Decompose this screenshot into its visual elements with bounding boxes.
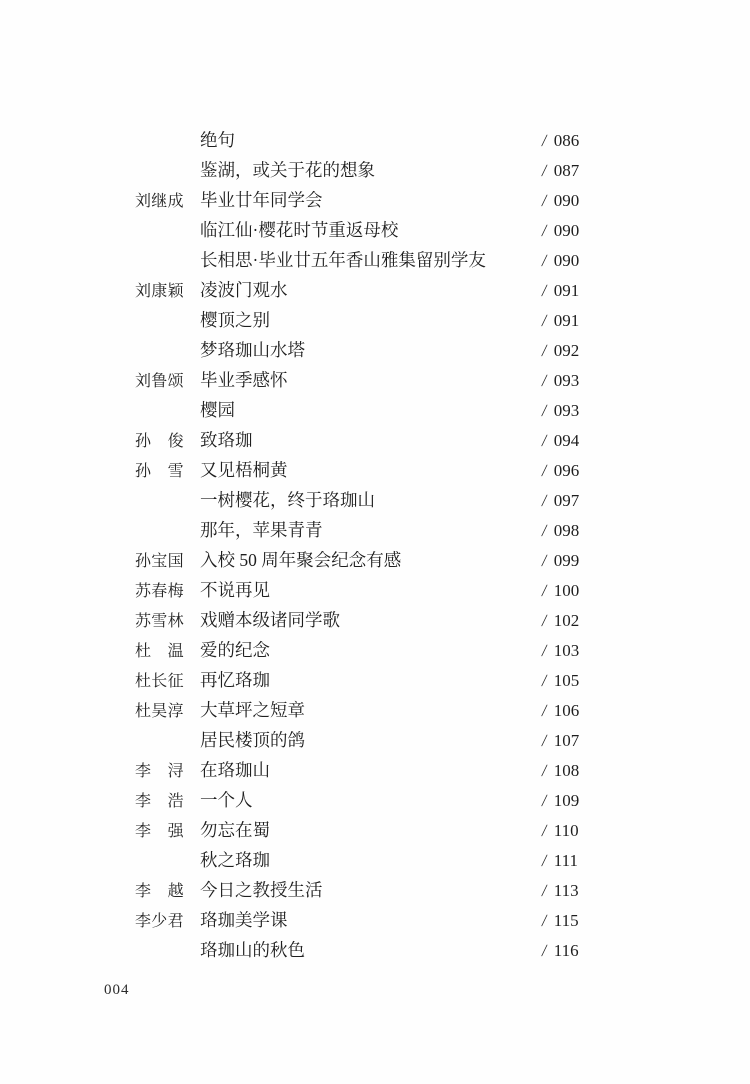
toc-author: 刘康颖 xyxy=(135,277,200,307)
slash-separator: / xyxy=(540,816,549,846)
page-number-value: 107 xyxy=(554,731,580,750)
toc-entry: 苏雪林戏赠本级诸同学歌/102 xyxy=(135,605,622,635)
page-number-value: 115 xyxy=(554,911,579,930)
toc-title: 勿忘在蜀 xyxy=(200,815,542,845)
page-number-value: 103 xyxy=(554,641,580,660)
toc-entry: 临江仙·樱花时节重返母校/090 xyxy=(135,215,622,245)
toc-title: 秋之珞珈 xyxy=(200,845,542,875)
page-number-value: 100 xyxy=(554,581,580,600)
toc-entry: 苏春梅不说再见/100 xyxy=(135,575,622,605)
page-number-value: 106 xyxy=(554,701,580,720)
toc-title: 在珞珈山 xyxy=(200,755,542,785)
toc-page-number: /106 xyxy=(542,696,622,726)
toc-entry: 孙宝国入校 50 周年聚会纪念有感/099 xyxy=(135,545,622,575)
toc-page-number: /115 xyxy=(542,906,622,936)
page-number-value: 090 xyxy=(554,221,580,240)
footer-page-number: 004 xyxy=(104,982,130,999)
slash-separator: / xyxy=(540,486,549,516)
toc-title: 凌波门观水 xyxy=(200,275,542,305)
page-number-value: 097 xyxy=(554,491,580,510)
toc-title: 今日之教授生活 xyxy=(200,875,542,905)
toc-entry: 刘鲁颂毕业季感怀/093 xyxy=(135,365,622,395)
toc-page-number: /091 xyxy=(542,276,622,306)
slash-separator: / xyxy=(540,696,549,726)
toc-entry: 孙 雪又见梧桐黄/096 xyxy=(135,455,622,485)
page-number-value: 091 xyxy=(554,281,580,300)
page-number-value: 086 xyxy=(554,131,580,150)
toc-author: 刘继成 xyxy=(135,187,200,217)
toc-title: 再忆珞珈 xyxy=(200,665,542,695)
page-number-value: 113 xyxy=(554,881,579,900)
toc-page-number: /087 xyxy=(542,156,622,186)
slash-separator: / xyxy=(540,216,549,246)
toc-title: 绝句 xyxy=(200,125,542,155)
toc-page-number: /092 xyxy=(542,336,622,366)
toc-title: 毕业廿年同学会 xyxy=(200,185,542,215)
toc-entry: 长相思·毕业廿五年香山雅集留别学友/090 xyxy=(135,245,622,275)
toc-author: 李 越 xyxy=(135,877,200,907)
toc-title: 致珞珈 xyxy=(200,425,542,455)
toc-page-number: /113 xyxy=(542,876,622,906)
toc-page-number: /093 xyxy=(542,366,622,396)
toc-list: 绝句/086鉴湖，或关于花的想象/087刘继成毕业廿年同学会/090临江仙·樱花… xyxy=(135,125,622,965)
slash-separator: / xyxy=(540,276,549,306)
toc-entry: 珞珈山的秋色/116 xyxy=(135,935,622,965)
toc-entry: 梦珞珈山水塔/092 xyxy=(135,335,622,365)
slash-separator: / xyxy=(540,336,549,366)
toc-author: 杜昊淳 xyxy=(135,697,200,727)
toc-title: 珞珈美学课 xyxy=(200,905,542,935)
toc-page-number: /091 xyxy=(542,306,622,336)
page-number-value: 116 xyxy=(554,941,579,960)
slash-separator: / xyxy=(540,636,549,666)
toc-page-number: /116 xyxy=(542,936,622,966)
page-number-value: 091 xyxy=(554,311,580,330)
toc-page-number: /093 xyxy=(542,396,622,426)
toc-entry: 李 浩一个人/109 xyxy=(135,785,622,815)
toc-title: 长相思·毕业廿五年香山雅集留别学友 xyxy=(200,245,542,275)
slash-separator: / xyxy=(540,606,549,636)
toc-author: 刘鲁颂 xyxy=(135,367,200,397)
toc-entry: 杜 温爱的纪念/103 xyxy=(135,635,622,665)
toc-entry: 樱顶之别/091 xyxy=(135,305,622,335)
slash-separator: / xyxy=(540,516,549,546)
toc-page-number: /108 xyxy=(542,756,622,786)
toc-entry: 孙 俊致珞珈/094 xyxy=(135,425,622,455)
toc-author: 李少君 xyxy=(135,907,200,937)
toc-title: 鉴湖，或关于花的想象 xyxy=(200,155,542,185)
slash-separator: / xyxy=(540,786,549,816)
toc-entry: 居民楼顶的鸽/107 xyxy=(135,725,622,755)
toc-title: 那年，苹果青青 xyxy=(200,515,542,545)
toc-page-number: /096 xyxy=(542,456,622,486)
page-number-value: 102 xyxy=(554,611,580,630)
slash-separator: / xyxy=(540,546,549,576)
page-number-value: 109 xyxy=(554,791,580,810)
slash-separator: / xyxy=(540,426,549,456)
toc-author: 李 强 xyxy=(135,817,200,847)
toc-page-number: /109 xyxy=(542,786,622,816)
toc-page-number: /100 xyxy=(542,576,622,606)
slash-separator: / xyxy=(540,666,549,696)
page-number-value: 090 xyxy=(554,191,580,210)
toc-page-number: /097 xyxy=(542,486,622,516)
toc-entry: 樱园/093 xyxy=(135,395,622,425)
page-number-value: 111 xyxy=(554,851,578,870)
toc-title: 一树樱花，终于珞珈山 xyxy=(200,485,542,515)
toc-entry: 李 越今日之教授生活/113 xyxy=(135,875,622,905)
toc-entry: 李 浔在珞珈山/108 xyxy=(135,755,622,785)
toc-page-number: /098 xyxy=(542,516,622,546)
toc-page-number: /110 xyxy=(542,816,622,846)
toc-page-number: /090 xyxy=(542,186,622,216)
toc-author: 李 浩 xyxy=(135,787,200,817)
toc-title: 梦珞珈山水塔 xyxy=(200,335,542,365)
page-number-value: 094 xyxy=(554,431,580,450)
toc-page-number: /090 xyxy=(542,246,622,276)
toc-title: 毕业季感怀 xyxy=(200,365,542,395)
slash-separator: / xyxy=(540,876,549,906)
page-number-value: 110 xyxy=(554,821,579,840)
toc-page-number: /103 xyxy=(542,636,622,666)
slash-separator: / xyxy=(540,126,549,156)
toc-entry: 刘康颖凌波门观水/091 xyxy=(135,275,622,305)
toc-entry: 一树樱花，终于珞珈山/097 xyxy=(135,485,622,515)
toc-title: 入校 50 周年聚会纪念有感 xyxy=(200,545,542,575)
page-number-value: 090 xyxy=(554,251,580,270)
toc-author: 李 浔 xyxy=(135,757,200,787)
slash-separator: / xyxy=(540,726,549,756)
toc-author: 孙宝国 xyxy=(135,547,200,577)
slash-separator: / xyxy=(540,246,549,276)
slash-separator: / xyxy=(540,756,549,786)
toc-page-number: /086 xyxy=(542,126,622,156)
toc-title: 临江仙·樱花时节重返母校 xyxy=(200,215,542,245)
slash-separator: / xyxy=(540,846,549,876)
toc-title: 樱园 xyxy=(200,395,542,425)
book-toc-page: 绝句/086鉴湖，或关于花的想象/087刘继成毕业廿年同学会/090临江仙·樱花… xyxy=(0,0,750,1084)
toc-title: 不说再见 xyxy=(200,575,542,605)
toc-author: 苏雪林 xyxy=(135,607,200,637)
toc-page-number: /105 xyxy=(542,666,622,696)
slash-separator: / xyxy=(540,306,549,336)
toc-title: 一个人 xyxy=(200,785,542,815)
toc-title: 珞珈山的秋色 xyxy=(200,935,542,965)
toc-entry: 秋之珞珈/111 xyxy=(135,845,622,875)
toc-author: 杜长征 xyxy=(135,667,200,697)
page-number-value: 093 xyxy=(554,401,580,420)
toc-page-number: /094 xyxy=(542,426,622,456)
slash-separator: / xyxy=(540,576,549,606)
toc-title: 又见梧桐黄 xyxy=(200,455,542,485)
page-number-value: 099 xyxy=(554,551,580,570)
toc-title: 戏赠本级诸同学歌 xyxy=(200,605,542,635)
toc-page-number: /090 xyxy=(542,216,622,246)
page-number-value: 108 xyxy=(554,761,580,780)
page-number-value: 087 xyxy=(554,161,580,180)
slash-separator: / xyxy=(540,156,549,186)
toc-entry: 绝句/086 xyxy=(135,125,622,155)
toc-entry: 李少君珞珈美学课/115 xyxy=(135,905,622,935)
toc-entry: 刘继成毕业廿年同学会/090 xyxy=(135,185,622,215)
toc-page-number: /111 xyxy=(542,846,622,876)
toc-page-number: /107 xyxy=(542,726,622,756)
toc-title: 爱的纪念 xyxy=(200,635,542,665)
page-number-value: 105 xyxy=(554,671,580,690)
toc-author: 孙 俊 xyxy=(135,427,200,457)
toc-entry: 杜昊淳大草坪之短章/106 xyxy=(135,695,622,725)
toc-entry: 那年，苹果青青/098 xyxy=(135,515,622,545)
toc-title: 大草坪之短章 xyxy=(200,695,542,725)
page-number-value: 093 xyxy=(554,371,580,390)
slash-separator: / xyxy=(540,456,549,486)
toc-entry: 杜长征再忆珞珈/105 xyxy=(135,665,622,695)
slash-separator: / xyxy=(540,186,549,216)
page-number-value: 096 xyxy=(554,461,580,480)
toc-author: 苏春梅 xyxy=(135,577,200,607)
slash-separator: / xyxy=(540,906,549,936)
slash-separator: / xyxy=(540,936,549,966)
page-number-value: 098 xyxy=(554,521,580,540)
toc-page-number: /099 xyxy=(542,546,622,576)
slash-separator: / xyxy=(540,396,549,426)
toc-entry: 鉴湖，或关于花的想象/087 xyxy=(135,155,622,185)
page-number-value: 092 xyxy=(554,341,580,360)
toc-author: 孙 雪 xyxy=(135,457,200,487)
toc-author: 杜 温 xyxy=(135,637,200,667)
toc-page-number: /102 xyxy=(542,606,622,636)
toc-title: 樱顶之别 xyxy=(200,305,542,335)
toc-title: 居民楼顶的鸽 xyxy=(200,725,542,755)
toc-entry: 李 强勿忘在蜀/110 xyxy=(135,815,622,845)
slash-separator: / xyxy=(540,366,549,396)
